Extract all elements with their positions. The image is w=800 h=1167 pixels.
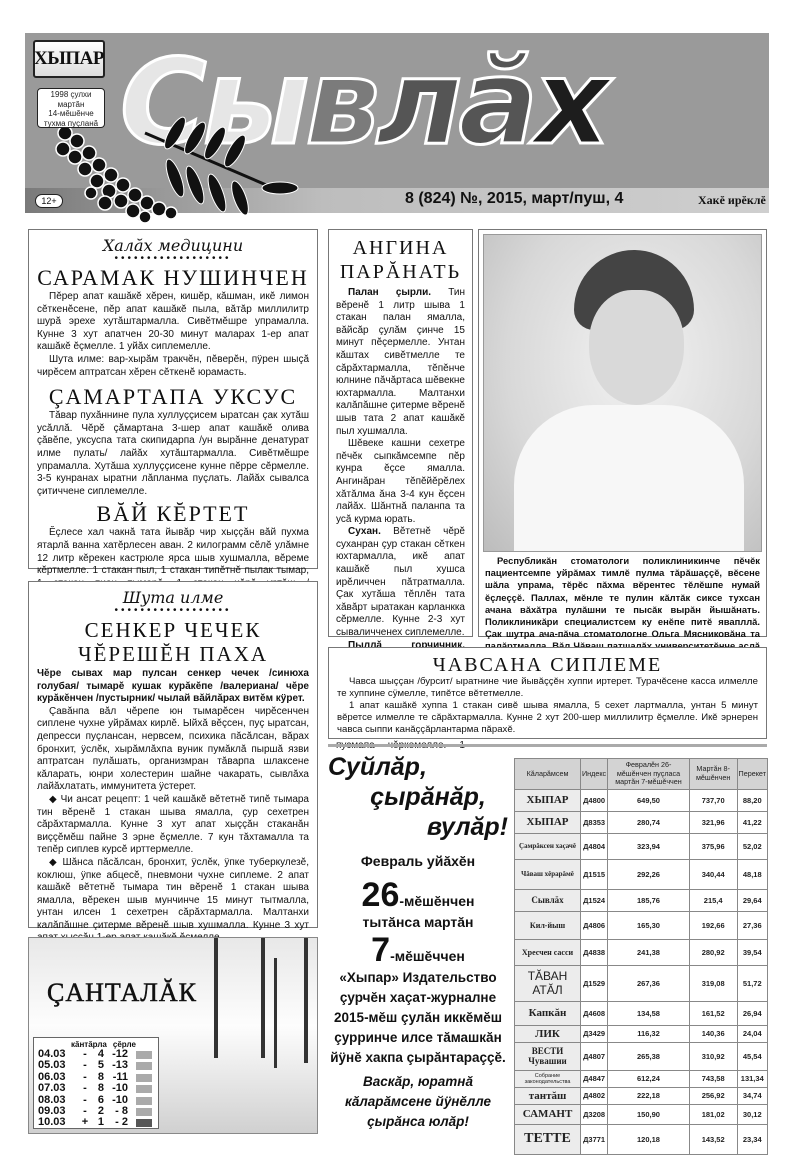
weather-row: 07.03-8-10 [38, 1083, 154, 1094]
article-body: Тăвар пухăннине пула хуллуççисем ыратсан… [37, 410, 309, 498]
weather-box: ÇАНТАЛĂК кăнтăрла çĕрле 04.03-4-12 05.03… [28, 937, 318, 1134]
dots-divider: •••••••••••••••••• [37, 607, 309, 615]
promo-title-line1: Суйлăр, [328, 752, 508, 782]
table-row: СывлăхД1524185,76215,429,64 [515, 889, 768, 911]
promo-title-line3: вулăр! [328, 812, 508, 842]
subscription-price-table: Кăларăмсем Индекс Февралĕн 26-мĕшĕнчен п… [514, 758, 768, 1155]
promo-date2: 7-мĕшĕччен [328, 932, 508, 968]
photo-box: Республикăн стоматологи поликлиникинче п… [478, 229, 767, 637]
col-index: Индекс [581, 759, 608, 790]
age-rating-badge: 12+ [35, 194, 63, 208]
promo-date1: 26-мĕшĕнчен [328, 877, 508, 913]
cloudy-icon [136, 1108, 152, 1116]
angina-box: АНГИНА ПАРĂНАТЬ Палан çырли. Тин вĕренĕ … [328, 229, 473, 637]
table-row: КапкăнД4608134,58161,5226,94 [515, 1001, 768, 1025]
article-title-line1: АНГИНА [336, 236, 465, 260]
article-title: САРАМАК НУШИНЧЕН [37, 265, 309, 291]
article-title: ЧАВСАНА СИПЛЕМЕ [337, 654, 758, 676]
cloudy-icon [136, 1085, 152, 1093]
table-row: ЛИКД3429116,32140,3624,04 [515, 1025, 768, 1042]
table-row: Кил-йышД4806165,30192,6627,36 [515, 911, 768, 939]
article-body: Пĕрер апат кашăкĕ хĕрен, кишĕр, кăшман, … [37, 291, 309, 379]
col-late-price: Мартăн 8-мĕшĕнчен [689, 759, 737, 790]
table-row: САМАНТД3208150,90181,0230,12 [515, 1104, 768, 1124]
portrait-photo [483, 234, 762, 552]
article-title-line2: ПАРĂНАТЬ [336, 260, 465, 284]
table-row: Çамрăксен хаçачĕД4804323,94375,9652,02 [515, 833, 768, 859]
table-row: тантăшД4802222,18256,9234,74 [515, 1087, 768, 1104]
weather-forecast-table: кăнтăрла çĕрле 04.03-4-12 05.03-5-13 06.… [33, 1037, 159, 1129]
take-note-box: Шута илме •••••••••••••••••• СЕНКЕР ЧЕЧЕ… [28, 581, 318, 928]
folk-medicine-box: Халăх медицини •••••••••••••••••• САРАМА… [28, 229, 318, 569]
promo-closing: Васкăр, юратнă кăларăмсене йÿнĕлле çырăн… [328, 1072, 508, 1132]
col-saving: Перекет [737, 759, 767, 790]
promo-line: тытăнса мартăн [328, 913, 508, 932]
cloudy-icon [136, 1051, 152, 1059]
article-title-line1: СЕНКЕР ЧЕЧЕК [37, 618, 309, 642]
article-lead: Чĕре сывах мар пулсан сенкер чечек /синю… [37, 668, 309, 706]
price-label: Хакĕ ирĕклĕ [698, 193, 766, 208]
article-title: ÇАМАРТАПА УКСУС [37, 384, 309, 410]
divider [328, 744, 767, 747]
masthead: Сывлăх ХЫПАР 1998 çулхи мартăн 14-мĕшĕнч… [25, 33, 769, 213]
weather-row: 10.03+1- 2 [38, 1117, 154, 1128]
table-row: Чăваш хĕрарăмĕД1515292,26340,4448,18 [515, 859, 768, 889]
snow-icon [136, 1119, 152, 1127]
cloudy-icon [136, 1097, 152, 1105]
article-title-line2: ЧĔРЕШĔН ПАХА [37, 642, 309, 666]
col-early-price: Февралĕн 26-мĕшĕнчен пуçласа мартăн 7-мĕ… [608, 759, 690, 790]
article-title: ВĂЙ КĔРТЕТ [37, 501, 309, 527]
elbow-treatment-box: ЧАВСАНА СИПЛЕМЕ Чавса шыççан /бурсит/ ыр… [328, 647, 767, 739]
weather-title: ÇАНТАЛĂК [47, 978, 197, 1008]
table-row: ВЕСТИ ЧувашииД4807265,38310,9245,54 [515, 1042, 768, 1070]
rowan-branch-icon [45, 113, 305, 223]
table-row: ТĂВАН АТĂЛД1529267,36319,0851,72 [515, 965, 768, 1001]
promo-body: «Хыпар» Издательство çурчĕн хаçат-журнал… [328, 968, 508, 1068]
dots-divider: •••••••••••••••••• [37, 255, 309, 263]
subscription-promo: Суйлăр, çырăнăр, вулăр! Февраль уйăхĕн 2… [328, 752, 508, 1162]
table-header-row: Кăларăмсем Индекс Февралĕн 26-мĕшĕнчен п… [515, 759, 768, 790]
promo-line: Февраль уйăхĕн [328, 852, 508, 871]
founded-note: 1998 çулхи мартăн 14-мĕшĕнче тухма пуçла… [37, 88, 105, 128]
col-publications: Кăларăмсем [515, 759, 581, 790]
table-row: ХЫПАРД4800649,50737,7088,20 [515, 789, 768, 811]
table-row: Собрание законодательстваД4847612,24743,… [515, 1070, 768, 1087]
table-row: Хресчен сассиД4838241,38280,9239,54 [515, 939, 768, 965]
issue-line: 8 (824) №, 2015, март/пуш, 4 [405, 190, 623, 208]
promo-title-line2: çырăнăр, [328, 782, 508, 812]
table-row: ТЕТТЕД3771120,18143,5223,34 [515, 1124, 768, 1154]
cloudy-icon [136, 1074, 152, 1082]
article-body: Чавса шыççан /бурсит/ ыратнине чие йывăç… [337, 676, 758, 736]
table-row: ХЫПАРД8353280,74321,9641,22 [515, 811, 768, 833]
publisher-logo: ХЫПАР [33, 40, 105, 78]
cloudy-icon [136, 1062, 152, 1070]
